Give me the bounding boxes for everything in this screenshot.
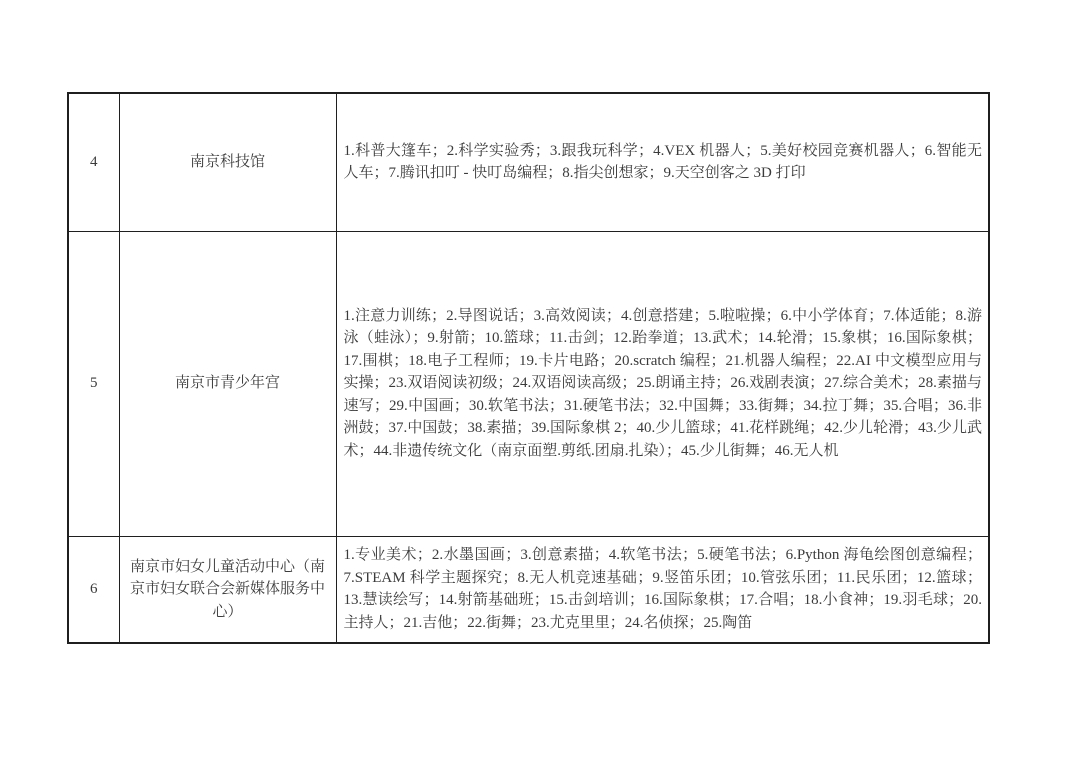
row-number-cell: 5 xyxy=(68,231,119,536)
courses-cell: 1.科普大篷车；2.科学实验秀；3.跟我玩科学；4.VEX 机器人；5.美好校园… xyxy=(336,93,989,231)
row-number-cell: 6 xyxy=(68,536,119,643)
table-row: 4 南京科技馆 1.科普大篷车；2.科学实验秀；3.跟我玩科学；4.VEX 机器… xyxy=(68,93,989,231)
activities-table-body: 4 南京科技馆 1.科普大篷车；2.科学实验秀；3.跟我玩科学；4.VEX 机器… xyxy=(68,93,989,643)
activities-table: 4 南京科技馆 1.科普大篷车；2.科学实验秀；3.跟我玩科学；4.VEX 机器… xyxy=(67,92,990,644)
row-number-cell: 4 xyxy=(68,93,119,231)
organization-cell: 南京科技馆 xyxy=(119,93,336,231)
courses-cell: 1.专业美术；2.水墨国画；3.创意素描；4.软笔书法；5.硬笔书法；6.Pyt… xyxy=(336,536,989,643)
table-row: 5 南京市青少年宫 1.注意力训练；2.导图说话；3.高效阅读；4.创意搭建；5… xyxy=(68,231,989,536)
courses-cell: 1.注意力训练；2.导图说话；3.高效阅读；4.创意搭建；5.啦啦操；6.中小学… xyxy=(336,231,989,536)
table-row: 6 南京市妇女儿童活动中心（南京市妇女联合会新媒体服务中心） 1.专业美术；2.… xyxy=(68,536,989,643)
organization-cell: 南京市妇女儿童活动中心（南京市妇女联合会新媒体服务中心） xyxy=(119,536,336,643)
document-page: 4 南京科技馆 1.科普大篷车；2.科学实验秀；3.跟我玩科学；4.VEX 机器… xyxy=(0,0,1080,764)
organization-cell: 南京市青少年宫 xyxy=(119,231,336,536)
